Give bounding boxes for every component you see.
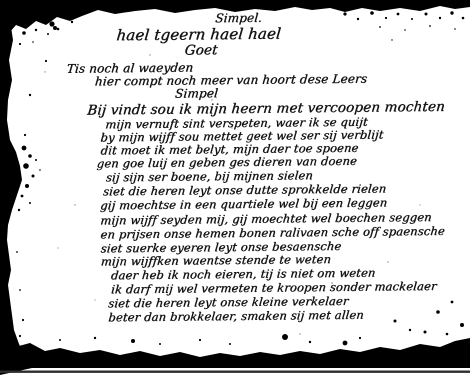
- manuscript-heading-line: hier compt noch meer van hoort dese Leer…: [94, 73, 367, 88]
- manuscript-body-line: beter dan brokkelaer, smaken sij met all…: [108, 310, 365, 324]
- manuscript-scan-page: Simpel. hael tgeern hael hael Goet Tis n…: [0, 0, 470, 375]
- manuscript-body-line: ik darf mij wel vermeten te kroopen sond…: [111, 281, 438, 296]
- handwriting-layer: Simpel. hael tgeern hael hael Goet Tis n…: [0, 0, 470, 375]
- manuscript-heading-line: hael tgeern hael hael: [116, 27, 282, 44]
- manuscript-body-line: gij moechtse in een quartiele wel bij ee…: [100, 197, 388, 212]
- manuscript-body-line: gen goe luij en geben ges dieren van doe…: [96, 156, 357, 170]
- manuscript-heading-word: Simpel: [174, 87, 218, 99]
- manuscript-heading-word: Simpel.: [215, 12, 263, 25]
- manuscript-heading-goet: Goet: [184, 44, 218, 58]
